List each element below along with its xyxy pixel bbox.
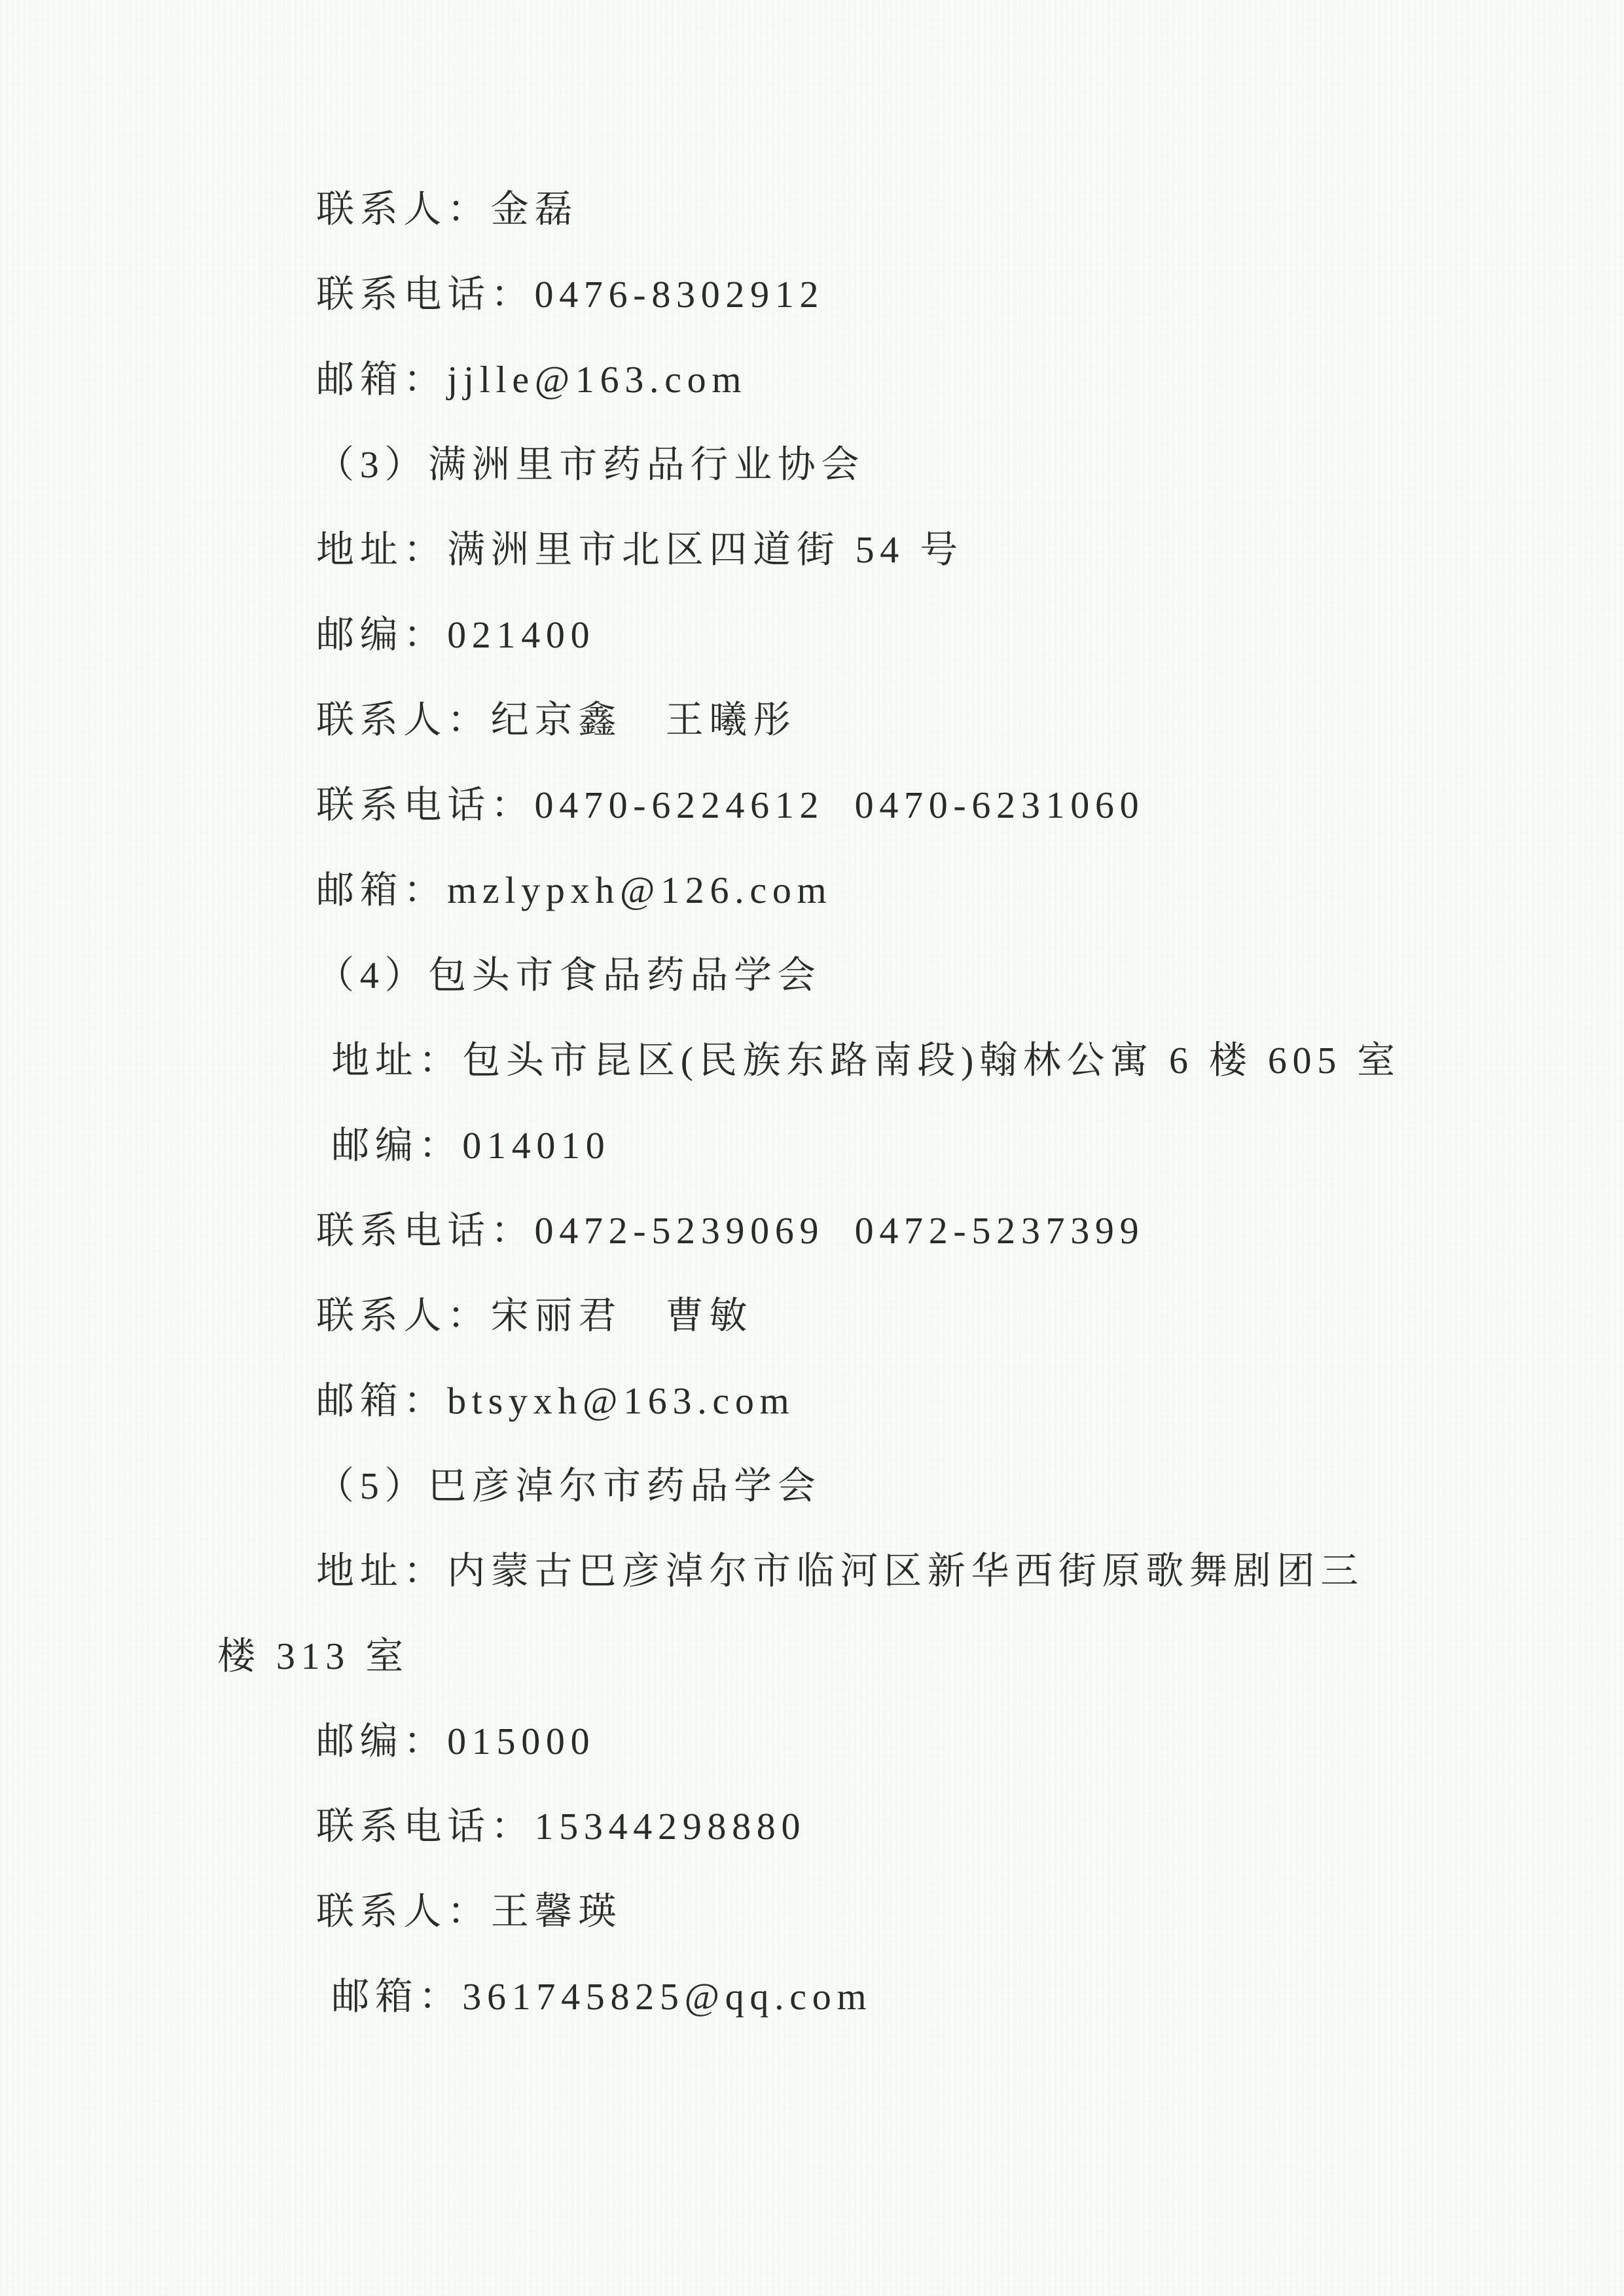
line-email: 邮箱：mzlypxh@126.com	[217, 848, 1461, 933]
line-contact-person: 联系人：金磊	[217, 167, 1461, 252]
line-address: 地址：包头市昆区(民族东路南段)翰林公寓 6 楼 605 室	[217, 1018, 1461, 1103]
line-org-heading: （4）包头市食品药品学会	[217, 933, 1461, 1018]
line-postcode: 邮编：015000	[217, 1699, 1461, 1784]
line-contact-person: 联系人：纪京鑫 王曦彤	[217, 678, 1461, 763]
line-phone: 联系电话：0470-6224612 0470-6231060	[217, 763, 1461, 848]
line-postcode: 邮编：014010	[217, 1103, 1461, 1188]
line-postcode: 邮编：021400	[217, 592, 1461, 678]
line-email: 邮箱：361745825@qq.com	[217, 1954, 1461, 2039]
line-org-heading: （3）满洲里市药品行业协会	[217, 422, 1461, 507]
line-email: 邮箱：btsyxh@163.com	[217, 1358, 1461, 1444]
line-org-heading: （5）巴彦淖尔市药品学会	[217, 1444, 1461, 1529]
line-phone: 联系电话：0476-8302912	[217, 252, 1461, 337]
line-address: 地址：满洲里市北区四道街 54 号	[217, 507, 1461, 592]
line-contact-person: 联系人：王馨瑛	[217, 1869, 1461, 1954]
line-address-continuation: 楼 313 室	[217, 1614, 1461, 1699]
line-address: 地址：内蒙古巴彦淖尔市临河区新华西街原歌舞剧团三	[217, 1529, 1461, 1614]
line-email: 邮箱：jjlle@163.com	[217, 337, 1461, 422]
line-phone: 联系电话：0472-5239069 0472-5237399	[217, 1188, 1461, 1273]
document-body: 联系人：金磊联系电话：0476-8302912邮箱：jjlle@163.com（…	[217, 167, 1461, 2039]
line-contact-person: 联系人：宋丽君 曹敏	[217, 1273, 1461, 1358]
document-page: 联系人：金磊联系电话：0476-8302912邮箱：jjlle@163.com（…	[0, 0, 1624, 2296]
line-phone: 联系电话：15344298880	[217, 1784, 1461, 1869]
